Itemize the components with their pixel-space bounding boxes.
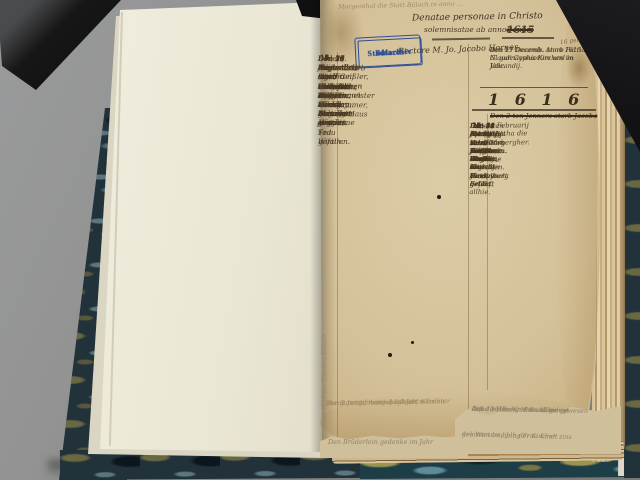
stamp-line2: Bülach. bbox=[375, 47, 404, 57]
entry-text: Den 18 Aprilis starb Joseph Wagner, nach… bbox=[470, 122, 509, 188]
ink-blot bbox=[437, 195, 441, 199]
ink-blot bbox=[411, 341, 414, 344]
register-subtitle: solemnisatae ab anno Domini 1615 bbox=[424, 25, 594, 34]
ink-blot bbox=[388, 353, 392, 357]
year-top-rule bbox=[480, 87, 588, 88]
header-strike-line bbox=[502, 37, 554, 39]
register-year: 1615 bbox=[506, 25, 534, 36]
faded-line: Den Brüderlein gedenke im Jahr bbox=[328, 438, 433, 446]
blank-left-page bbox=[92, 2, 324, 454]
entry-text: Den 17 Decemb. starb Patria N. gurnaysiu… bbox=[490, 46, 590, 70]
archival-photo: Morgenthal die Statt Bülach in anno … De… bbox=[0, 0, 640, 480]
faded-entries-right: Diß die Alte Kirchen allhie gewesenden 1… bbox=[472, 405, 612, 407]
faded-line: Anno 1616 den 4 Brachmonat bbox=[472, 405, 569, 415]
entry-text: Eodem die starb Christen N. Georg Schali… bbox=[318, 54, 351, 128]
column-divider-rule bbox=[468, 44, 469, 444]
year-heading-1616: 1 6 1 6 bbox=[488, 90, 596, 109]
crossed-out-entry: Den 2 ten Jenners starb Jacoba bbox=[490, 112, 598, 120]
subtitle-text: solemnisatae ab anno bbox=[424, 25, 506, 34]
year-under-rule bbox=[472, 109, 596, 111]
book-clamp-top-left bbox=[0, 0, 130, 95]
rotated-gutter-note: Anno 1616 der Kirchen Bülach bbox=[321, 334, 328, 428]
